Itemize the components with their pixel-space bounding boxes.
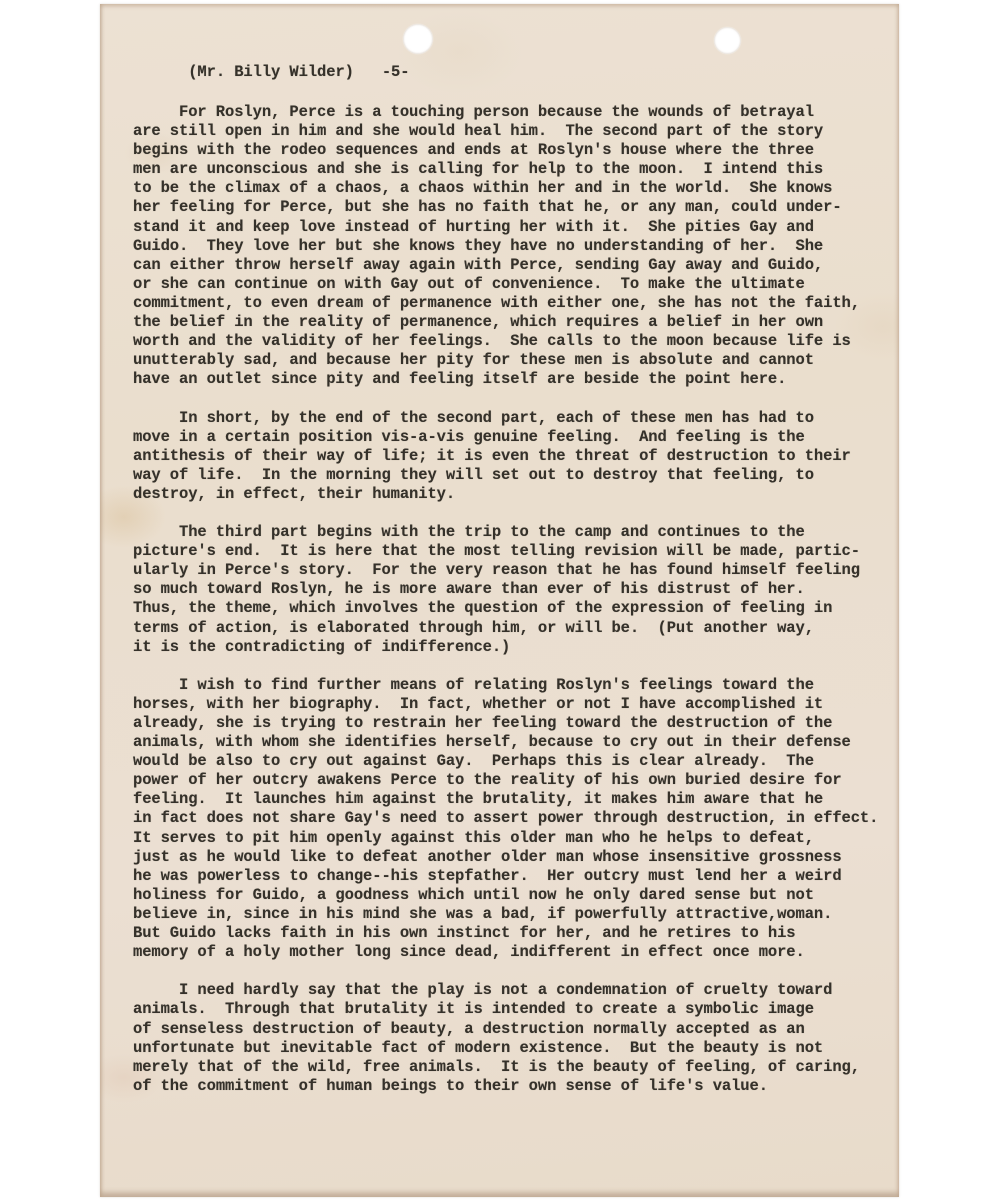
document-header: (Mr. Billy Wilder)-5- xyxy=(133,44,409,101)
paragraph: I wish to find further means of relating… xyxy=(133,676,899,962)
document-body: For Roslyn, Perce is a touching person b… xyxy=(133,103,899,1115)
hole-punch-right xyxy=(714,27,741,54)
page-number: -5- xyxy=(382,63,410,81)
paragraph: For Roslyn, Perce is a touching person b… xyxy=(133,103,899,389)
paragraph: I need hardly say that the play is not a… xyxy=(133,981,899,1096)
scan-background: (Mr. Billy Wilder)-5- For Roslyn, Perce … xyxy=(0,0,999,1200)
paragraph: In short, by the end of the second part,… xyxy=(133,409,899,504)
addressee: (Mr. Billy Wilder) xyxy=(188,63,354,81)
document-page: (Mr. Billy Wilder)-5- For Roslyn, Perce … xyxy=(100,4,899,1197)
paragraph: The third part begins with the trip to t… xyxy=(133,523,899,657)
